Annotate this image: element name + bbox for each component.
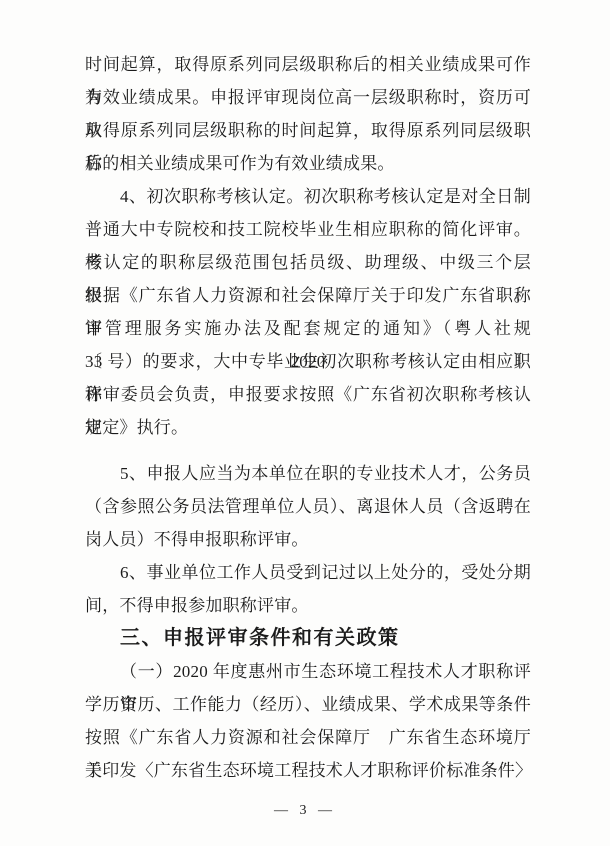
text-line: 33 号）的要求，大中专毕业生初次职称考核认定由相应职称 (85, 345, 531, 378)
text-line: 审管理服务实施办法及配套规定的通知》（粤人社规〔2020〕 (85, 312, 531, 345)
text-line-item-3-1: （一）2020 年度惠州市生态环境工程技术人才职称评审 (85, 655, 531, 688)
text-line: 后的相关业绩成果可作为有效业绩成果。 (85, 147, 531, 180)
text-line: 规定》执行。 (85, 411, 531, 444)
text-line: 取得原系列同层级职称的时间起算，取得原系列同层级职称 (85, 114, 531, 147)
text-line: 有效业绩成果。申报评审现岗位高一层级职称时，资历可从 (85, 81, 531, 114)
section-heading-3: 三、申报评审条件和有关政策 (85, 622, 531, 655)
text-line: 核认定的职称层级范围包括员级、助理级、中级三个层级。 (85, 246, 531, 279)
document-page: 时间起算，取得原系列同层级职称后的相关业绩成果可作为 有效业绩成果。申报评审现岗… (0, 0, 610, 846)
text-line: （含参照公务员法管理单位人员）、离退休人员（含返聘在 (85, 490, 531, 523)
text-line: 根据《广东省人力资源和社会保障厅关于印发广东省职称评 (85, 279, 531, 312)
text-line: 普通大中专院校和技工院校毕业生相应职称的简化评审。考 (85, 213, 531, 246)
document-body: 时间起算，取得原系列同层级职称后的相关业绩成果可作为 有效业绩成果。申报评审现岗… (85, 48, 531, 787)
page-number: — 3 — (0, 803, 610, 819)
text-line: 学历资历、工作能力（经历）、业绩成果、学术成果等条件 (85, 688, 531, 721)
text-line: 时间起算，取得原系列同层级职称后的相关业绩成果可作为 (85, 48, 531, 81)
text-line-item-4: 4、初次职称考核认定。初次职称考核认定是对全日制 (85, 180, 531, 213)
text-line-item-6: 6、事业单位工作人员受到记过以上处分的，受处分期 (85, 556, 531, 589)
text-line: 岗人员）不得申报职称评审。 (85, 523, 531, 556)
text-line: 按照《广东省人力资源和社会保障厅 广东省生态环境厅关 (85, 721, 531, 754)
text-line: 间，不得申报参加职称评审。 (85, 589, 531, 622)
text-line-item-5: 5、申报人应当为本单位在职的专业技术人才，公务员 (85, 457, 531, 490)
text-line: 于印发〈广东省生态环境工程技术人才职称评价标准条件〉 (85, 754, 531, 787)
text-line: 评审委员会负责，申报要求按照《广东省初次职称考核认定 (85, 378, 531, 411)
